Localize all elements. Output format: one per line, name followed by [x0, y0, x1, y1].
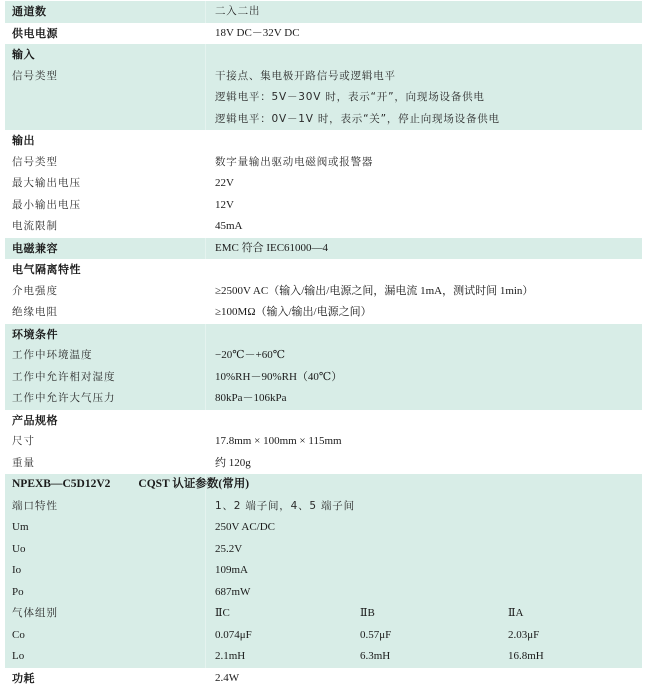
row-cqst-lo: Lo 2.1mH 6.3mH 16.8mH — [5, 646, 642, 668]
cqst-um-label: Um — [12, 517, 29, 539]
row-power-consumption: 功耗 2.4W — [5, 668, 642, 687]
band-cqst: NPEXB—C5D12V2CQST 认证参数(常用) 端口特性 1、2 端子间，… — [5, 474, 642, 668]
cqst-heading: NPEXB—C5D12V2CQST 认证参数(常用) — [12, 474, 249, 496]
row-weight: 重量 约 120g — [5, 453, 642, 475]
row-dielectric: 介电强度 ≥2500V AC（输入/输出/电源之间，漏电流 1mA，测试时间 1… — [5, 281, 642, 303]
output-max-voltage-value: 22V — [215, 173, 234, 195]
row-output-title: 输出 — [5, 130, 642, 152]
cqst-lo-iib: 6.3mH — [360, 646, 390, 668]
row-power-supply: 供电电源 18V DC－32V DC — [5, 23, 642, 45]
emc-value: EMC 符合 IEC61000—4 — [215, 238, 328, 260]
cqst-lo-iic: 2.1mH — [215, 646, 245, 668]
row-output-min-voltage: 最小输出电压 12V — [5, 195, 642, 217]
channels-value: 二入二出 — [215, 1, 260, 23]
cqst-gas-group-iic: ⅡC — [215, 603, 230, 625]
row-insulation: 绝缘电阻 ≥100MΩ（输入/输出/电源之间） — [5, 302, 642, 324]
cqst-title: CQST 认证参数(常用) — [138, 478, 249, 490]
cqst-co-iic: 0.074μF — [215, 625, 252, 647]
row-humidity: 工作中允许相对湿度 10%RH－90%RH（40℃） — [5, 367, 642, 389]
row-channels: 通道数 二入二出 — [5, 1, 642, 23]
band-power-consumption: 功耗 2.4W — [5, 668, 642, 687]
output-signal-type-label: 信号类型 — [12, 152, 58, 174]
row-cqst-um: Um 250V AC/DC — [5, 517, 642, 539]
cqst-gas-group-iib: ⅡB — [360, 603, 375, 625]
cqst-port-value: 1、2 端子间，4、5 端子间 — [215, 496, 355, 518]
row-cqst-po: Po 687mW — [5, 582, 642, 604]
pressure-value: 80kPa－106kPa — [215, 388, 287, 410]
band-environment: 环境条件 工作中环境温度 −20℃－+60℃ 工作中允许相对湿度 10%RH－9… — [5, 324, 642, 410]
cqst-co-label: Co — [12, 625, 25, 647]
row-cqst-gas-group: 气体组别 ⅡC ⅡB ⅡA — [5, 603, 642, 625]
cqst-io-value: 109mA — [215, 560, 248, 582]
row-temperature: 工作中环境温度 −20℃－+60℃ — [5, 345, 642, 367]
row-cqst-co: Co 0.074μF 0.57μF 2.03μF — [5, 625, 642, 647]
band-emc: 电磁兼容 EMC 符合 IEC61000—4 — [5, 238, 642, 260]
band-output: 输出 信号类型 数字量输出驱动电磁阀或报警器 最大输出电压 22V 最小输出电压… — [5, 130, 642, 238]
band-channels: 通道数 二入二出 — [5, 1, 642, 23]
product-title: 产品规格 — [12, 410, 58, 432]
output-min-voltage-label: 最小输出电压 — [12, 195, 81, 217]
output-signal-type-value: 数字量输出驱动电磁阀或报警器 — [215, 152, 373, 174]
insulation-value: ≥100MΩ（输入/输出/电源之间） — [215, 302, 372, 324]
cqst-co-iib: 0.57μF — [360, 625, 391, 647]
row-isolation-title: 电气隔离特性 — [5, 259, 642, 281]
output-max-voltage-label: 最大输出电压 — [12, 173, 81, 195]
cqst-io-label: Io — [12, 560, 21, 582]
power-supply-label: 供电电源 — [12, 23, 58, 45]
input-signal-type-label: 信号类型 — [12, 66, 58, 88]
temperature-value: −20℃－+60℃ — [215, 345, 285, 367]
emc-label: 电磁兼容 — [12, 238, 58, 260]
band-input: 输入 信号类型 干接点、集电极开路信号或逻辑电平 逻辑电平：5V－30V 时，表… — [5, 44, 642, 130]
input-title: 输入 — [12, 44, 35, 66]
cqst-po-value: 687mW — [215, 582, 250, 604]
band-product: 产品规格 尺寸 17.8mm × 100mm × 115mm 重量 约 120g — [5, 410, 642, 475]
band-power-supply: 供电电源 18V DC－32V DC — [5, 23, 642, 45]
cqst-gas-group-label: 气体组别 — [12, 603, 58, 625]
input-signal-type-line-2: 逻辑电平：5V－30V 时，表示“开”，向现场设备供电 — [215, 87, 485, 109]
cqst-gas-group-iia: ⅡA — [508, 603, 523, 625]
row-output-current-limit: 电流限制 45mA — [5, 216, 642, 238]
weight-label: 重量 — [12, 453, 35, 475]
row-product-title: 产品规格 — [5, 410, 642, 432]
cqst-lo-iia: 16.8mH — [508, 646, 544, 668]
cqst-po-label: Po — [12, 582, 24, 604]
row-cqst-io: Io 109mA — [5, 560, 642, 582]
cqst-lo-label: Lo — [12, 646, 24, 668]
output-current-limit-label: 电流限制 — [12, 216, 58, 238]
output-title: 输出 — [12, 130, 35, 152]
row-input-signal-line-3: 逻辑电平：0V－1V 时，表示“关”，停止向现场设备供电 — [5, 109, 642, 131]
row-cqst-title: NPEXB—C5D12V2CQST 认证参数(常用) — [5, 474, 642, 496]
size-value: 17.8mm × 100mm × 115mm — [215, 431, 342, 453]
row-output-signal-type: 信号类型 数字量输出驱动电磁阀或报警器 — [5, 152, 642, 174]
cqst-co-iia: 2.03μF — [508, 625, 539, 647]
humidity-label: 工作中允许相对湿度 — [12, 367, 116, 389]
power-consumption-value: 2.4W — [215, 668, 239, 687]
isolation-title: 电气隔离特性 — [12, 259, 81, 281]
cqst-port-label: 端口特性 — [12, 496, 58, 518]
cqst-model: NPEXB—C5D12V2 — [12, 478, 110, 490]
cqst-uo-label: Uo — [12, 539, 25, 561]
row-cqst-port: 端口特性 1、2 端子间，4、5 端子间 — [5, 496, 642, 518]
input-signal-type-line-3: 逻辑电平：0V－1V 时，表示“关”，停止向现场设备供电 — [215, 109, 500, 131]
weight-value: 约 120g — [215, 453, 251, 475]
power-consumption-label: 功耗 — [12, 668, 35, 687]
humidity-value: 10%RH－90%RH（40℃） — [215, 367, 342, 389]
row-output-max-voltage: 最大输出电压 22V — [5, 173, 642, 195]
temperature-label: 工作中环境温度 — [12, 345, 93, 367]
cqst-um-value: 250V AC/DC — [215, 517, 275, 539]
dielectric-label: 介电强度 — [12, 281, 58, 303]
row-environment-title: 环境条件 — [5, 324, 642, 346]
power-supply-value: 18V DC－32V DC — [215, 23, 300, 45]
row-input-title: 输入 — [5, 44, 642, 66]
input-signal-type-line-1: 干接点、集电极开路信号或逻辑电平 — [215, 66, 396, 88]
row-size: 尺寸 17.8mm × 100mm × 115mm — [5, 431, 642, 453]
dielectric-value: ≥2500V AC（输入/输出/电源之间，漏电流 1mA，测试时间 1min） — [215, 281, 533, 303]
spec-table: 通道数 二入二出 供电电源 18V DC－32V DC 输入 信号类型 干接点、… — [5, 1, 642, 687]
row-input-signal-line-2: 逻辑电平：5V－30V 时，表示“开”，向现场设备供电 — [5, 87, 642, 109]
cqst-uo-value: 25.2V — [215, 539, 242, 561]
size-label: 尺寸 — [12, 431, 35, 453]
band-isolation: 电气隔离特性 介电强度 ≥2500V AC（输入/输出/电源之间，漏电流 1mA… — [5, 259, 642, 324]
output-current-limit-value: 45mA — [215, 216, 243, 238]
row-input-signal-type: 信号类型 干接点、集电极开路信号或逻辑电平 — [5, 66, 642, 88]
row-cqst-uo: Uo 25.2V — [5, 539, 642, 561]
row-emc: 电磁兼容 EMC 符合 IEC61000—4 — [5, 238, 642, 260]
channels-label: 通道数 — [12, 1, 47, 23]
environment-title: 环境条件 — [12, 324, 58, 346]
output-min-voltage-value: 12V — [215, 195, 234, 217]
pressure-label: 工作中允许大气压力 — [12, 388, 116, 410]
row-pressure: 工作中允许大气压力 80kPa－106kPa — [5, 388, 642, 410]
insulation-label: 绝缘电阻 — [12, 302, 58, 324]
